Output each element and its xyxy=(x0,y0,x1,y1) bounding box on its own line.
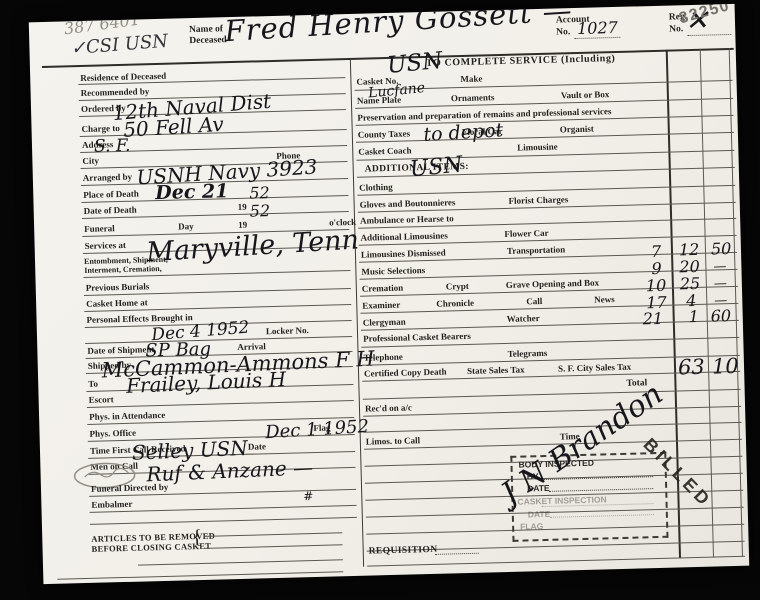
requisition-dotted-line xyxy=(435,553,479,555)
florist-charges-label: Florist Charges xyxy=(508,194,568,206)
organist-label: Organist xyxy=(560,124,594,135)
watcher-label: Watcher xyxy=(507,313,540,324)
call-label: Call xyxy=(526,296,542,306)
phys-attendance-label: Phys. in Attendance xyxy=(89,410,166,422)
cremation-label: Cremation xyxy=(362,283,404,294)
services-at-label: Services at xyxy=(85,240,126,251)
ornaments-label: Ornaments xyxy=(451,92,495,103)
first-call-date-label: Date xyxy=(248,441,266,451)
state-sales-tax-label: State Sales Tax xyxy=(467,364,525,376)
bearers-dollars: 1 xyxy=(688,309,699,325)
limos-to-call-label: Limos. to Call xyxy=(366,435,421,446)
grave-opening-label: Grave Opening and Box xyxy=(506,277,599,289)
rule xyxy=(138,559,343,565)
deceased-name-value: Fred Henry Gossett — xyxy=(224,4,574,46)
date-of-death-label: Date of Death xyxy=(84,205,137,216)
arranged-label: Arranged by xyxy=(83,172,132,183)
additional-limos-label: Additional Limousines xyxy=(360,230,448,242)
funeral-year-value: 52 xyxy=(250,203,271,220)
clothing-value: USN xyxy=(409,154,464,181)
name-of-deceased-label: Name of xyxy=(189,24,223,35)
date-of-death-year-label: 19 xyxy=(238,202,247,212)
music-cents: 50 xyxy=(711,241,732,258)
embalmer-label: Embalmer xyxy=(91,499,132,510)
account-no-label: No. xyxy=(556,27,570,37)
scan-background: { "header": { "pencil_number": "387 6401… xyxy=(0,0,760,600)
date-of-death-year-value: 52 xyxy=(249,185,270,202)
rule xyxy=(87,400,354,408)
escort-label: Escort xyxy=(89,394,114,405)
funeral-year-label: 19 xyxy=(238,220,247,230)
bearers-cents: 60 xyxy=(710,308,731,325)
requisition-label: REQUISITION xyxy=(369,545,438,557)
phys-office-label: Phys. Office xyxy=(89,428,136,439)
date-of-death-value: Dec 21 xyxy=(155,182,229,203)
city-value: S. F. xyxy=(94,138,131,156)
rule xyxy=(360,303,738,314)
rule xyxy=(363,389,741,400)
entombment-value: Maryville, Tenn xyxy=(146,226,360,266)
gloves-label: Gloves and Boutonnieres xyxy=(360,197,456,210)
ambulance-label: Ambulance or Hearse to xyxy=(360,213,454,225)
examiner-dollars: 25 xyxy=(680,276,701,293)
examiner-code: 10 xyxy=(646,278,667,295)
limos-dismissed-label: Limousines Dismissed xyxy=(361,248,446,260)
total-cents: 10 xyxy=(712,356,739,378)
vault-or-box-label: Vault or Box xyxy=(561,89,610,100)
first-call-date-value: Dec 1 1952 xyxy=(265,418,370,442)
news-label: News xyxy=(594,294,615,305)
locker-label: Locker No. xyxy=(266,325,309,336)
music-dollars: 12 xyxy=(679,242,700,259)
place-of-death-label: Place of Death xyxy=(83,189,139,200)
bearers-code: 21 xyxy=(643,311,664,328)
limousine-label: Limousine xyxy=(517,142,558,153)
name-of-deceased-label2: Deceased xyxy=(189,35,227,46)
transportation-label: Transportation xyxy=(507,244,566,256)
account-value: 1027 xyxy=(577,20,618,37)
city-sales-tax-label: S. F. City Sales Tax xyxy=(558,362,631,374)
flower-car-label: Flower Car xyxy=(504,228,548,239)
certified-copy-label: Certified Copy Death xyxy=(364,367,447,379)
rule xyxy=(204,532,342,537)
casket-home-label: Casket Home at xyxy=(86,297,148,309)
examiner-label: Examiner xyxy=(362,300,400,311)
escort-value: Frailey, Louis H xyxy=(126,369,287,396)
city-label: City xyxy=(82,156,99,166)
rule xyxy=(205,544,343,549)
inspected-date2-label: DATE xyxy=(528,509,551,520)
record-card: 387 6401 ✓CSI USN Name of Deceased Fred … xyxy=(29,4,749,584)
stamp-flag-label: FLAG xyxy=(520,521,543,532)
examiner-cents: — xyxy=(714,277,727,290)
clergyman-label: Clergyman xyxy=(363,317,406,328)
telegrams-label: Telegrams xyxy=(507,348,547,359)
county-taxes-label: County Taxes xyxy=(358,128,411,139)
chronicle-label: Chronicle xyxy=(436,298,474,309)
music-code: 7 xyxy=(651,244,662,260)
recd-on-ac-label: Rec'd on a/c xyxy=(365,402,412,413)
make-label: Make xyxy=(460,73,482,84)
recommended-label: Recommended by xyxy=(81,86,150,98)
arrival-label: Arrival xyxy=(237,341,266,352)
cremation-code: 9 xyxy=(651,261,662,277)
name-plate-value: Lucfane xyxy=(368,81,426,100)
to-label: To xyxy=(88,379,98,389)
casket-coach-label: Casket Coach xyxy=(358,145,411,156)
crypt-label: Crypt xyxy=(446,281,469,292)
rule xyxy=(363,406,741,417)
rule xyxy=(90,517,357,525)
funeral-directed-value: Ruf & Anzane — xyxy=(146,457,313,484)
previous-burials-label: Previous Burials xyxy=(86,281,150,293)
hash-mark: # xyxy=(303,490,313,502)
cremation-dollars: 20 xyxy=(679,259,700,276)
funeral-day-label: Day xyxy=(178,221,194,231)
rule xyxy=(364,422,742,433)
casket-no-value: USN xyxy=(386,50,443,78)
cremation-cents: — xyxy=(713,260,726,273)
clothing-label: Clothing xyxy=(359,182,393,193)
bearers-label: Professional Casket Bearers xyxy=(363,331,471,344)
funeral-label: Funeral xyxy=(84,223,115,234)
articles-brace: { xyxy=(192,526,202,549)
service-note: ✓CSI USN xyxy=(70,33,168,59)
total-dollars: 63 xyxy=(678,357,705,379)
rule xyxy=(367,556,745,567)
music-selections-label: Music Selections xyxy=(361,265,425,277)
casket-coach-value: to depot xyxy=(423,121,504,145)
address-value: 50 Fell Av xyxy=(123,114,225,140)
rule xyxy=(57,571,343,579)
telephone-label: Telephone xyxy=(364,352,403,363)
rule xyxy=(361,320,739,331)
